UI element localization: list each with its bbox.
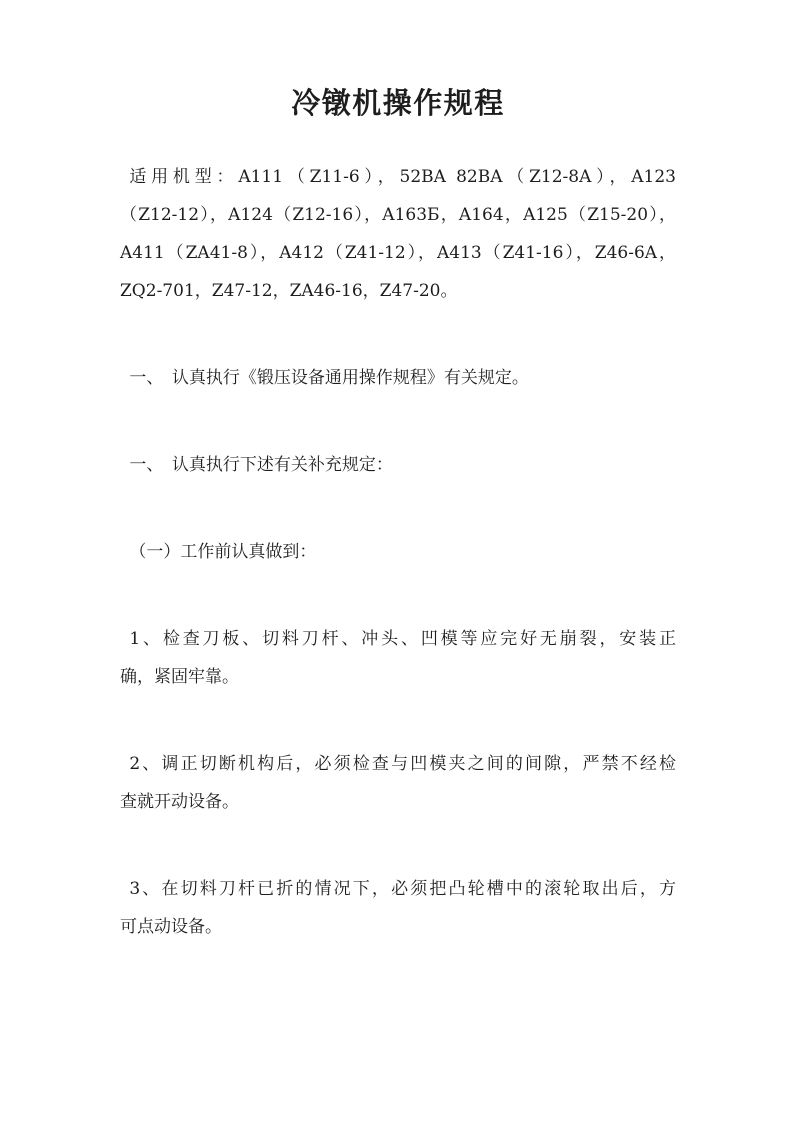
- item-3: 3、在切料刀杆已折的情况下，必须把凸轮槽中的滚轮取出后，方 可点动设备。: [120, 870, 676, 946]
- section-supplementary-rule: 一、 认真执行下述有关补充规定：: [120, 446, 676, 484]
- document-page: 冷镦机操作规程 适用机型：A111（Z11-6），52BA 82BA（Z12-8…: [0, 0, 793, 1122]
- item-1: 1、检查刀板、切料刀杆、冲头、凹模等应完好无崩裂，安装正 确，紧固牢靠。: [120, 620, 676, 696]
- text-line: 查就开动设备。: [120, 783, 676, 821]
- text-line: 1、检查刀板、切料刀杆、冲头、凹模等应完好无崩裂，安装正: [120, 620, 676, 658]
- text-line: 可点动设备。: [120, 908, 676, 946]
- section-general-rule: 一、 认真执行《锻压设备通用操作规程》有关规定。: [120, 359, 676, 397]
- text-line: 确，紧固牢靠。: [120, 658, 676, 696]
- text-line: A411（ZA41-8），A412（Z41-12），A413（Z41-16），Z…: [120, 234, 676, 272]
- text-line: 3、在切料刀杆已折的情况下，必须把凸轮槽中的滚轮取出后，方: [120, 870, 676, 908]
- subsection-before-work: （一）工作前认真做到：: [120, 533, 676, 571]
- text-line: 适用机型：A111（Z11-6），52BA 82BA（Z12-8A），A123: [120, 158, 676, 196]
- text-line: 2、调正切断机构后，必须检查与凹模夹之间的间隙，严禁不经检: [120, 745, 676, 783]
- text-line: （一）工作前认真做到：: [120, 533, 676, 571]
- text-line: ZQ2-701，Z47-12，ZA46-16，Z47-20。: [120, 272, 676, 310]
- text-line: 一、 认真执行下述有关补充规定：: [120, 446, 676, 484]
- text-line: 一、 认真执行《锻压设备通用操作规程》有关规定。: [120, 359, 676, 397]
- document-title: 冷镦机操作规程: [120, 84, 676, 122]
- text-line: （Z12-12），A124（Z12-16），A163Б，A164，A125（Z1…: [120, 196, 676, 234]
- paragraph-applicable-models: 适用机型：A111（Z11-6），52BA 82BA（Z12-8A），A123 …: [120, 158, 676, 310]
- item-2: 2、调正切断机构后，必须检查与凹模夹之间的间隙，严禁不经检 查就开动设备。: [120, 745, 676, 821]
